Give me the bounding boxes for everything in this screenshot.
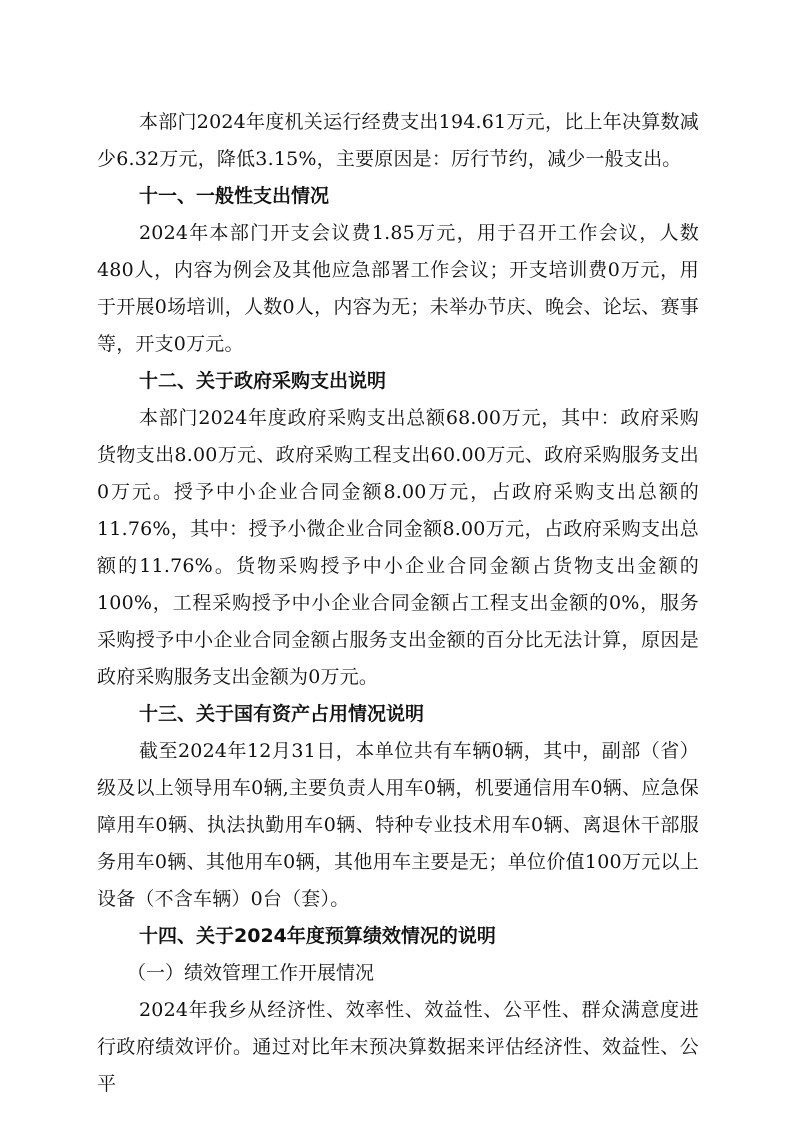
paragraph-general-expenditure: 2024年本部门开支会议费1.85万元，用于召开工作会议，人数480人，内容为例… (97, 215, 699, 363)
heading-budget-performance: 十四、关于2024年度预算绩效情况的说明 (97, 918, 699, 955)
paragraph-state-assets: 截至2024年12月31日，本单位共有车辆0辆，其中，副部（省）级及以上领导用车… (97, 733, 699, 918)
subheading-performance-management: （一）绩效管理工作开展情况 (97, 955, 699, 992)
document-page: 本部门2024年度机关运行经费支出194.61万元，比上年决算数减少6.32万元… (97, 104, 699, 1103)
paragraph-operating-expenses: 本部门2024年度机关运行经费支出194.61万元，比上年决算数减少6.32万元… (97, 104, 699, 178)
paragraph-government-procurement: 本部门2024年度政府采购支出总额68.00万元，其中：政府采购货物支出8.00… (97, 400, 699, 696)
heading-general-expenditure: 十一、一般性支出情况 (97, 178, 699, 215)
heading-state-assets: 十三、关于国有资产占用情况说明 (97, 696, 699, 733)
paragraph-performance-evaluation: 2024年我乡从经济性、效率性、效益性、公平性、群众满意度进行政府绩效评价。通过… (97, 992, 699, 1103)
heading-government-procurement: 十二、关于政府采购支出说明 (97, 363, 699, 400)
